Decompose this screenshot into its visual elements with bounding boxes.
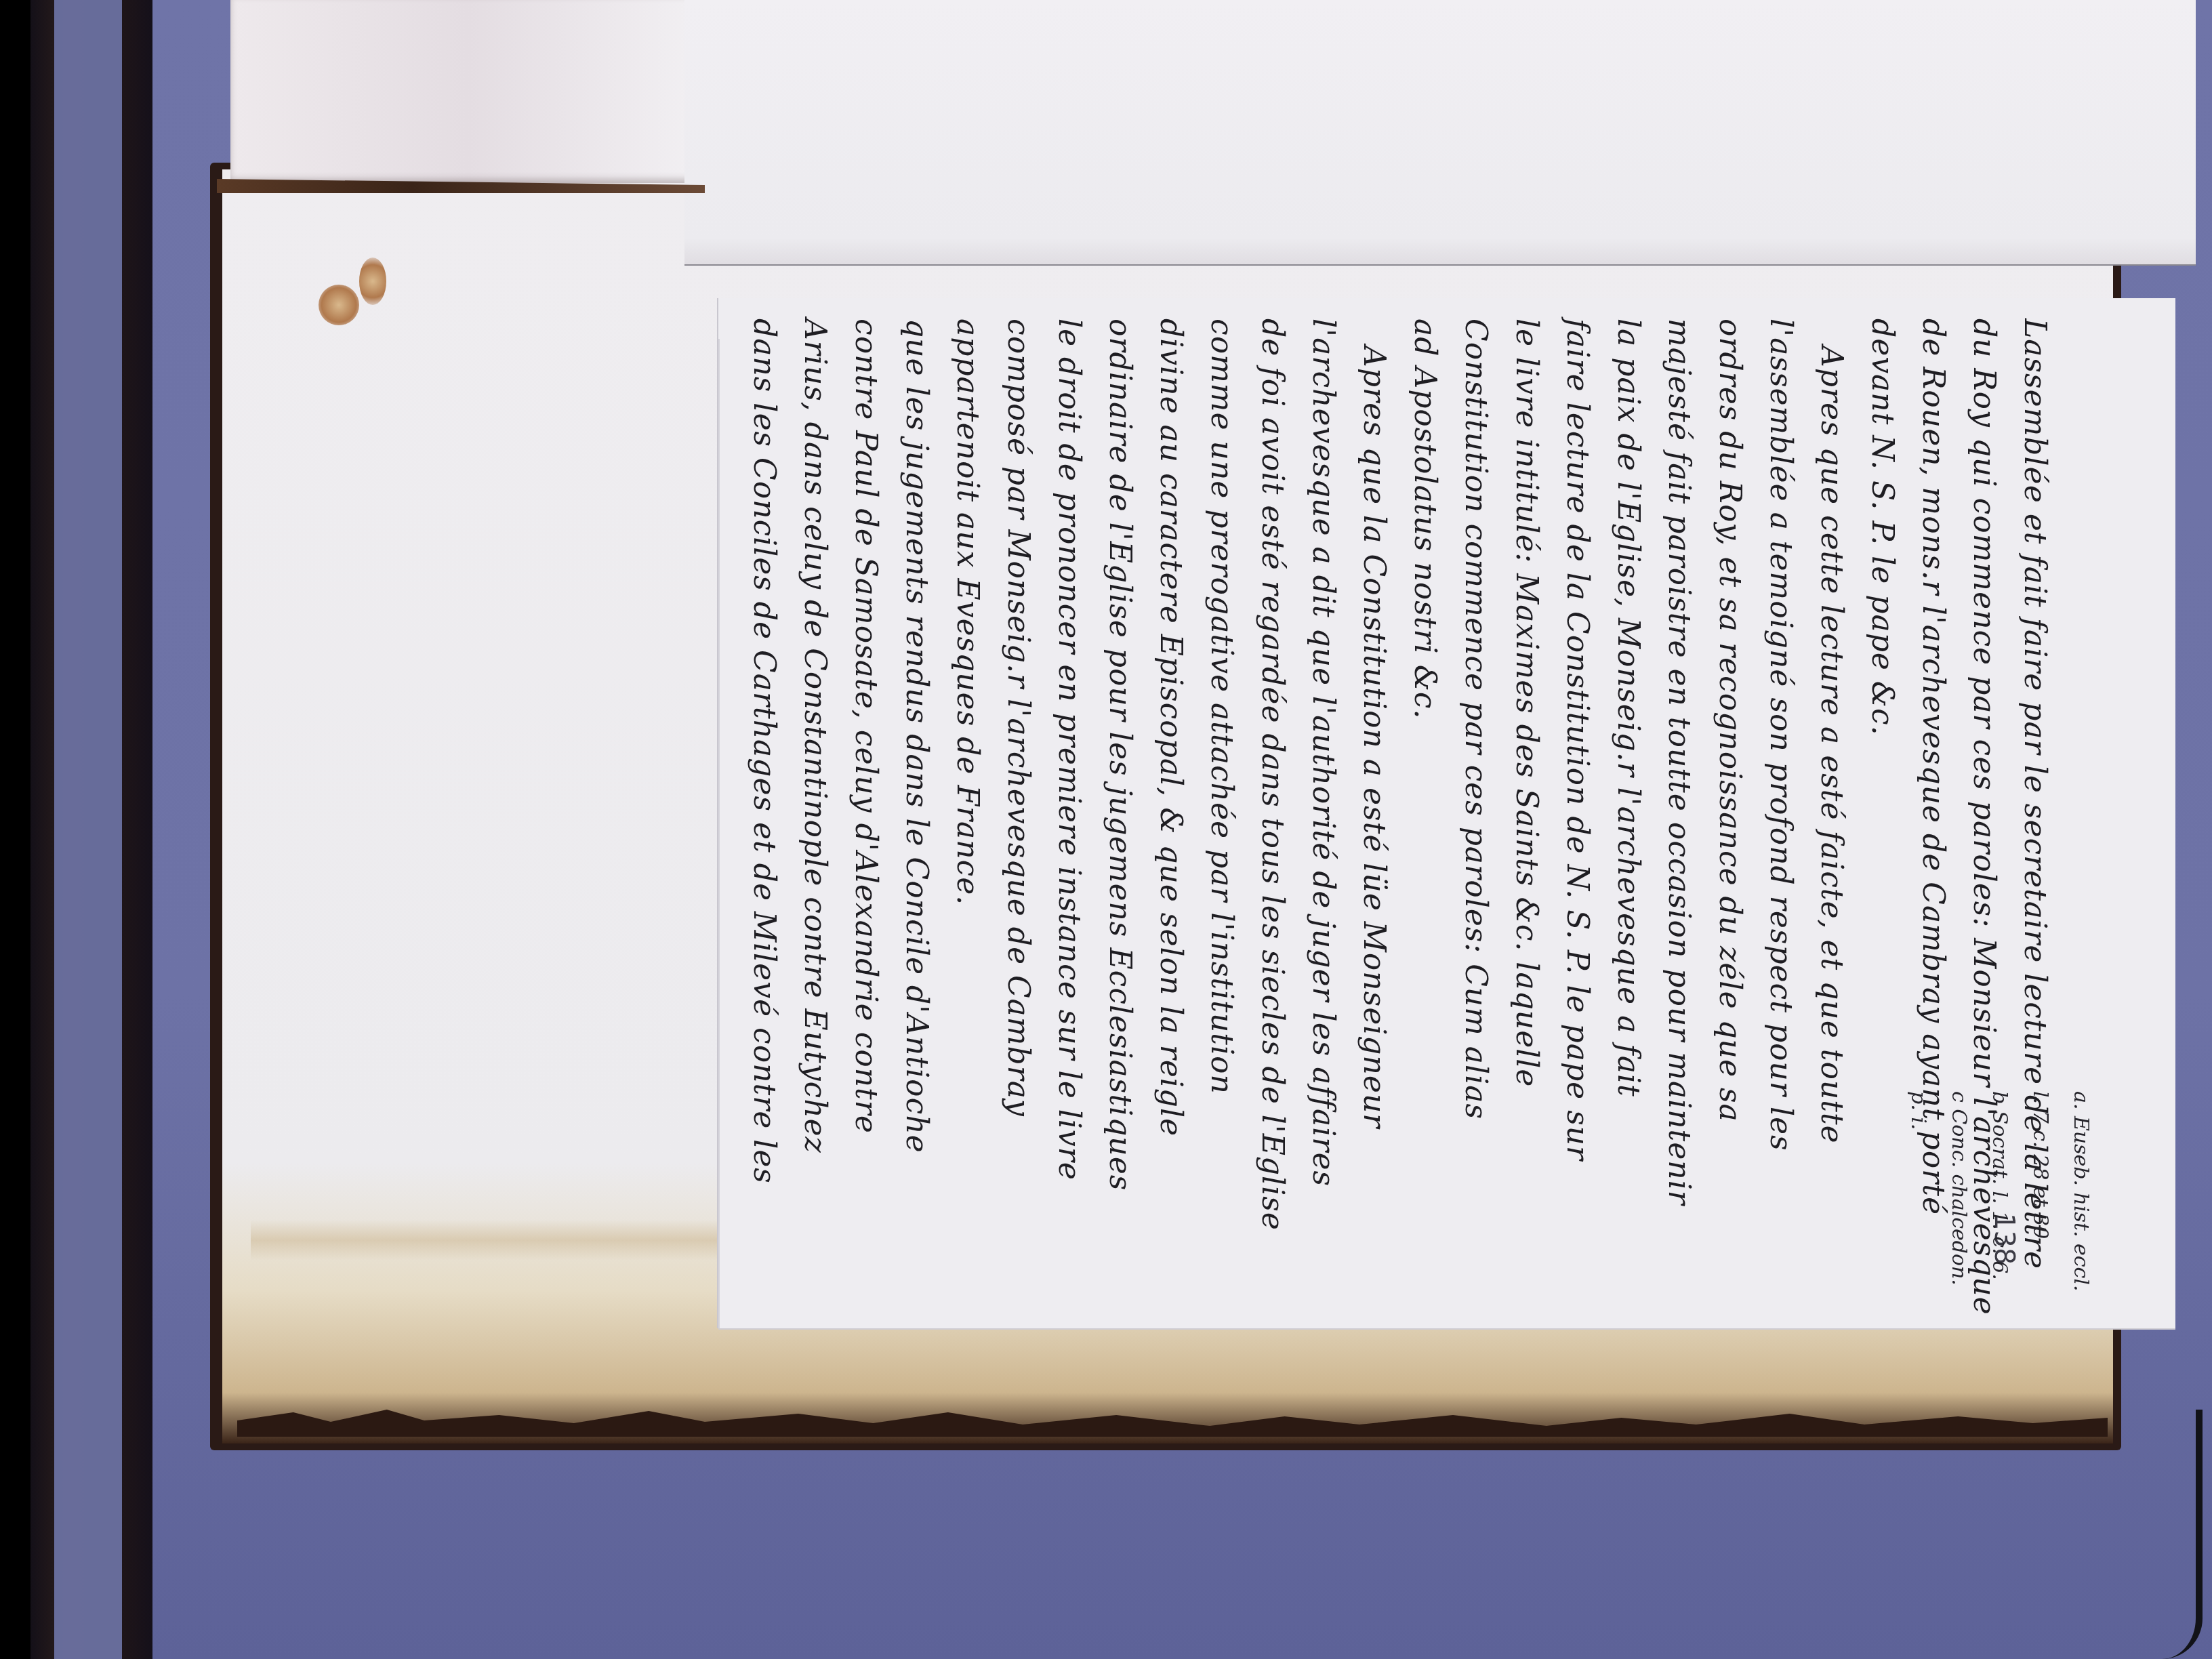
text-line: contre Paul de Samosate, celuy d'Alexand… — [840, 319, 891, 1308]
text-line: l'archevesque a dit que l'authorité de j… — [1298, 319, 1349, 1308]
text-line: divine au caractere Episcopal, & que sel… — [1145, 319, 1196, 1308]
marginal-note: c Conc. chalcedon. — [1938, 1091, 1979, 1362]
marginal-note: b Socrat. l. 1. c. 6. — [1979, 1091, 2020, 1362]
text-line: le livre intitulé: Maximes des Saints &c… — [1501, 319, 1552, 1308]
marginal-note: p. i. — [1898, 1091, 1938, 1362]
text-line: ad Apostolatus nostri &c. — [1399, 319, 1450, 1308]
marginal-note: l. 7 c. 28 et 30 — [2020, 1091, 2060, 1362]
text-line: Apres que la Constitution a esté lüe Mon… — [1349, 319, 1399, 1308]
text-line: comme une prerogative attachée par l'ins… — [1196, 319, 1247, 1308]
folded-previous-page — [684, 0, 2196, 266]
text-line: ordres du Roy, et sa recognoissance du z… — [1704, 319, 1755, 1308]
text-line: appartenoit aux Evesques de France. — [942, 319, 993, 1308]
text-line: Constitution commence par ces paroles: C… — [1450, 319, 1501, 1308]
text-line: que les jugements rendus dans le Concile… — [891, 319, 942, 1308]
text-line: composé par Monseig.r l'archevesque de C… — [993, 319, 1044, 1308]
text-line: faire lecture de la Constitution de N. S… — [1552, 319, 1603, 1308]
text-line: dans les Conciles de Carthages et de Mil… — [739, 319, 790, 1308]
text-line: Arius, dans celuy de Constantinople cont… — [790, 319, 840, 1308]
stain — [359, 258, 386, 305]
manuscript-text: Lassemblée et fait faire par le secretai… — [840, 319, 2060, 1308]
cloth-gap — [54, 0, 122, 1659]
text-line: ordinaire de l'Eglise pour les jugemens … — [1094, 319, 1145, 1308]
cable — [2155, 1410, 2203, 1659]
text-line: le droit de prononcer en premiere instan… — [1044, 319, 1094, 1308]
text-line: de foi avoit esté regardée dans tous les… — [1247, 319, 1298, 1308]
text-line: la paix de l'Eglise, Monseig.r l'archeve… — [1603, 319, 1654, 1308]
stain — [319, 285, 359, 325]
text-line: majesté fait paroistre en toutte occasio… — [1654, 319, 1704, 1308]
marginal-note: a. Euseb. hist. eccl. — [2060, 1091, 2101, 1362]
top-flyleaf — [230, 0, 705, 183]
marginal-notes: a. Euseb. hist. eccl. l. 7 c. 28 et 30 b… — [922, 1091, 928, 1098]
text-line: Apres que cette lecture a esté faicte, e… — [1806, 319, 1857, 1308]
text-line: l'assemblée a temoigné son profond respe… — [1755, 319, 1806, 1308]
